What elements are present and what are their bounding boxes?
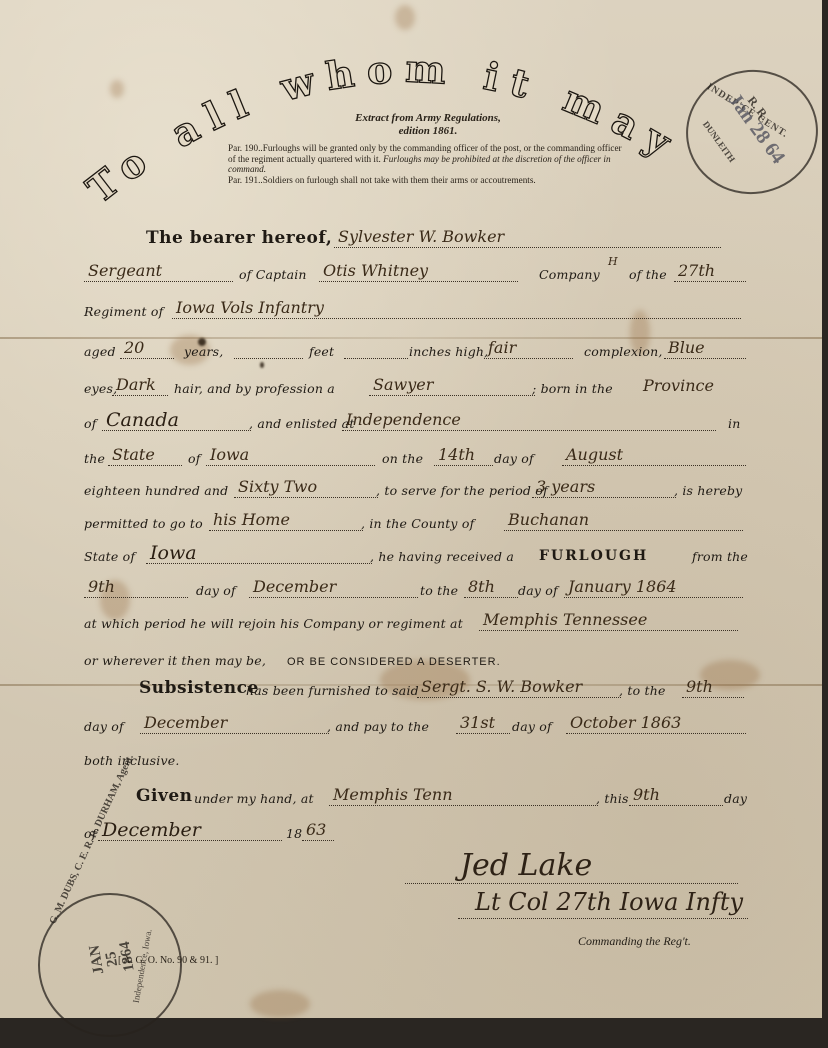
inches-label: inches high, xyxy=(409,344,488,359)
deserter-warning: OR BE CONSIDERED A DESERTER. xyxy=(287,656,501,668)
pay-label: , and pay to the xyxy=(327,719,429,734)
given-word: Given xyxy=(136,786,193,806)
of-label: of xyxy=(84,416,97,431)
hair-field: Dark xyxy=(112,375,168,396)
day-of-label-5: day of xyxy=(512,719,552,734)
rejoin-label: at which period he will rejoin his Compa… xyxy=(84,616,463,631)
day-label: day xyxy=(724,791,747,806)
captain-field: Otis Whitney xyxy=(319,261,518,282)
wherever-label: or wherever it then may be, xyxy=(84,653,266,668)
regulations-edition: edition 1861. xyxy=(228,125,628,138)
form-line-deserter: or wherever it then may be, OR BE CONSID… xyxy=(84,642,742,672)
company-letter: H xyxy=(604,252,628,272)
given-at-field: Memphis Tenn xyxy=(329,785,598,806)
inches-field xyxy=(344,338,408,359)
hereby-label: , is hereby xyxy=(674,483,742,498)
regiment-field: Iowa Vols Infantry xyxy=(172,298,741,319)
to-the-label: to the xyxy=(420,583,458,598)
given-label: under my hand, at xyxy=(194,791,314,806)
regiment-of-label: Regiment of xyxy=(84,304,163,319)
hair-label: hair, and by profession a xyxy=(174,381,335,396)
form-line-enlist-year: eighteen hundred and Sixty Two , to serv… xyxy=(84,472,742,502)
of-the-label: of the xyxy=(629,267,667,282)
form-line-furlough-dates: 9th day of December to the 8th day of Ja… xyxy=(84,572,742,602)
postmark-stamp-top: INDEP'CE CENT. R. R. Jan 28 64 DUNLEITH xyxy=(678,61,826,202)
regulations-title: Extract from Army Regulations, xyxy=(228,112,628,125)
postmark-stamp-bottom: G. M. DUBS, C. E. R. R. DURHAM, Agent. J… xyxy=(27,882,194,1023)
to-month-year-field: January 1864 xyxy=(564,577,743,598)
permitted-label: permitted to go to xyxy=(84,516,203,531)
stamp-town: DUNLEITH xyxy=(701,119,737,164)
rank-field: Sergeant xyxy=(84,261,233,282)
enlist-state-field: Iowa xyxy=(206,445,375,466)
on-the-label: on the xyxy=(382,451,423,466)
enlisted-label: , and enlisted at xyxy=(249,416,355,431)
form-number: [ A. G. O. No. 90 & 91. ] xyxy=(118,955,218,966)
form-line-furlough: State of Iowa , he having received a FUR… xyxy=(84,538,742,568)
enlist-month-field: August xyxy=(562,445,746,466)
given-day-field: 9th xyxy=(629,785,723,806)
this-label: , this xyxy=(596,791,629,806)
rejoin-at-field: Memphis Tennessee xyxy=(479,610,738,631)
in-label: in xyxy=(728,416,740,431)
form-line-enlist-date: the State of Iowa on the 14th day of Aug… xyxy=(84,440,742,470)
form-line-inclusive: both inclusive. xyxy=(84,742,742,772)
state-field: Iowa xyxy=(146,543,372,564)
serve-label: , to serve for the period of xyxy=(376,483,548,498)
enlist-year-field: Sixty Two xyxy=(234,477,378,498)
enlisted-at-field: Independence xyxy=(342,410,716,431)
pay-month-year-field: October 1863 xyxy=(566,713,746,734)
year-suffix-field: 63 xyxy=(302,820,334,841)
pay-day-field: 31st xyxy=(456,713,510,734)
regulations-extract: Extract from Army Regulations, edition 1… xyxy=(228,112,628,185)
form-line-given-date: of December 18 63 xyxy=(84,815,742,845)
subsistence-label: has been furnished to said xyxy=(246,683,419,698)
destination-field: his Home xyxy=(209,510,363,531)
regiment-number-field: 27th xyxy=(674,261,746,282)
of-label-2: of xyxy=(188,451,201,466)
subsistence-name-field: Sergt. S. W. Bowker xyxy=(417,677,621,698)
of-captain-label: of Captain xyxy=(239,267,307,282)
company-label: Company xyxy=(539,267,600,282)
subsistence-to-label: , to the xyxy=(619,683,666,698)
form-line-regiment: Regiment of Iowa Vols Infantry xyxy=(84,293,742,323)
aged-label: aged xyxy=(84,344,116,359)
eighteen-label: eighteen hundred and xyxy=(84,483,228,498)
year-prefix: 18 xyxy=(286,826,302,841)
years-label: years, xyxy=(184,344,223,359)
stain xyxy=(110,80,124,98)
from-day-field: 9th xyxy=(84,577,188,598)
period-field: 3 years xyxy=(532,477,676,498)
furlough-document: To all whom it may Concern. Extract from… xyxy=(0,0,822,1018)
profession-field: Sawyer xyxy=(369,375,535,396)
signature-line-2 xyxy=(458,918,748,919)
form-line-pay: day of December , and pay to the 31st da… xyxy=(84,708,742,738)
enlist-day-field: 14th xyxy=(434,445,493,466)
stain xyxy=(395,5,415,30)
subsistence-word: Subsistence xyxy=(139,678,259,698)
day-of-label-2: day of xyxy=(196,583,236,598)
feet-field xyxy=(234,338,303,359)
form-line-bearer: The bearer hereof, Sylvester W. Bowker xyxy=(84,222,742,252)
form-line-birthplace: of Canada , and enlisted at Independence… xyxy=(84,405,742,435)
stain xyxy=(250,990,310,1018)
commanding-label: Commanding the Reg't. xyxy=(578,934,691,949)
eyes-field: Blue xyxy=(664,338,746,359)
born-in-field: Province xyxy=(639,376,746,396)
furlough-word: FURLOUGH xyxy=(539,548,648,564)
form-line-rejoin: at which period he will rejoin his Compa… xyxy=(84,605,742,635)
form-line-age: aged 20 years, feet inches high, fair co… xyxy=(84,333,742,363)
day-of-label: day of xyxy=(494,451,534,466)
county-field: Buchanan xyxy=(504,510,743,531)
form-line-given: Given under my hand, at Memphis Tenn , t… xyxy=(84,780,742,810)
signature-line-1 xyxy=(405,883,738,884)
to-day-field: 8th xyxy=(464,577,518,598)
state-word-field: State xyxy=(108,445,182,466)
complexion-label: complexion, xyxy=(584,344,663,359)
age-field: 20 xyxy=(120,338,174,359)
form-line-rank: Sergeant of Captain Otis Whitney Company… xyxy=(84,256,742,286)
form-line-destination: permitted to go to his Home , in the Cou… xyxy=(84,505,742,535)
given-month-field: December xyxy=(98,820,282,841)
the-label: the xyxy=(84,451,105,466)
birthplace-field: Canada xyxy=(102,410,251,431)
feet-label: feet xyxy=(309,344,334,359)
day-of-label-4: day of xyxy=(84,719,124,734)
born-label: ; born in the xyxy=(532,381,613,396)
bearer-name-field: Sylvester W. Bowker xyxy=(334,227,721,248)
complexion-field: fair xyxy=(484,338,573,359)
county-label: , in the County of xyxy=(361,516,474,531)
from-the-label: from the xyxy=(692,549,748,564)
subsistence-day-field: 9th xyxy=(682,677,744,698)
state-label: State of xyxy=(84,549,135,564)
subsistence-month-field: December xyxy=(140,713,329,734)
form-line-subsistence: Subsistence has been furnished to said S… xyxy=(84,672,742,702)
from-month-field: December xyxy=(249,577,418,598)
signature-name: Jed Lake xyxy=(460,848,592,883)
par-191: Par. 191..Soldiers on furlough shall not… xyxy=(228,175,536,185)
signature-title: Lt Col 27th Iowa Infty xyxy=(475,888,743,916)
bearer-label: The bearer hereof, xyxy=(146,228,332,248)
day-of-label-3: day of xyxy=(518,583,558,598)
received-label: , he having received a xyxy=(370,549,514,564)
form-line-hair: eyes, Dark hair, and by profession a Saw… xyxy=(84,370,742,400)
